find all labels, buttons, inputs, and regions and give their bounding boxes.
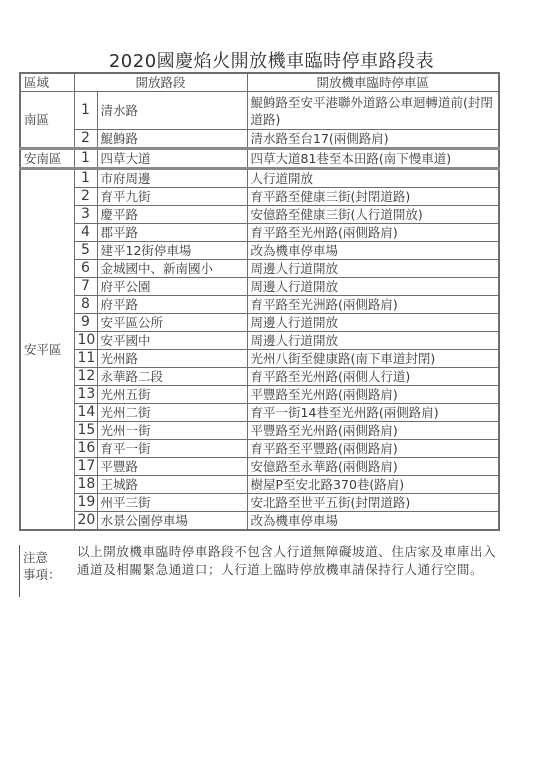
road-section-cell: 育平一街 xyxy=(97,440,247,458)
road-section-cell: 平豐路 xyxy=(97,458,247,476)
parking-area-cell: 光州八街至健康路(南下車道封閉) xyxy=(247,350,499,368)
table-row: 6金城國中、新南國小周邊人行道開放 xyxy=(20,260,499,278)
notes-text: 以上開放機車臨時停車路段不包含人行道無障礙坡道、住店家及車庫出入通道及相關緊急通… xyxy=(77,543,497,579)
table-row: 2育平九街育平路至健康三街(封閉道路) xyxy=(20,188,499,206)
parking-area-cell: 鯤鯓路至安平港聯外道路公車迴轉道前(封閉道路) xyxy=(247,92,499,130)
road-section-cell: 建平12街停車場 xyxy=(97,242,247,260)
parking-area-cell: 人行道開放 xyxy=(247,169,499,188)
parking-area-cell: 育平一街14巷至光州路(兩側路肩) xyxy=(247,404,499,422)
table-row: 15光州一街平豐路至光州路(兩側路肩) xyxy=(20,422,499,440)
road-section-cell: 光州二街 xyxy=(97,404,247,422)
table-header-row: 區域 開放路段 開放機車臨時停車區 xyxy=(20,73,499,92)
road-section-cell: 安平國中 xyxy=(97,332,247,350)
table-row: 13光州五街平豐路至光州路(兩側路肩) xyxy=(20,386,499,404)
row-number: 12 xyxy=(74,368,97,386)
road-section-cell: 州平三街 xyxy=(97,494,247,512)
row-number: 2 xyxy=(74,188,97,206)
table-row: 14光州二街育平一街14巷至光州路(兩側路肩) xyxy=(20,404,499,422)
parking-area-cell: 改為機車停車場 xyxy=(247,512,499,531)
row-number: 13 xyxy=(74,386,97,404)
road-section-cell: 市府周邊 xyxy=(97,169,247,188)
table-row: 4郡平路育平路至光州路(兩側路肩) xyxy=(20,224,499,242)
road-section-cell: 永華路二段 xyxy=(97,368,247,386)
road-section-cell: 光州五街 xyxy=(97,386,247,404)
table-row: 11光州路光州八街至健康路(南下車道封閉) xyxy=(20,350,499,368)
parking-area-cell: 周邊人行道開放 xyxy=(247,278,499,296)
table-row: 南區1清水路鯤鯓路至安平港聯外道路公車迴轉道前(封閉道路) xyxy=(20,92,499,130)
page-title: 2020國慶焰火開放機車臨時停車路段表 xyxy=(0,47,543,73)
table-row: 7府平公園周邊人行道開放 xyxy=(20,278,499,296)
notes-label-line2: 事項： xyxy=(23,566,63,583)
road-section-cell: 水景公園停車場 xyxy=(97,512,247,531)
notes-label-line1: 注意 xyxy=(23,549,63,566)
table-row: 16育平一街育平路至平豐路(兩側路肩) xyxy=(20,440,499,458)
row-number: 8 xyxy=(74,296,97,314)
parking-area-cell: 育平路至健康三街(封閉道路) xyxy=(247,188,499,206)
row-number: 20 xyxy=(74,512,97,531)
table-row: 5建平12街停車場改為機車停車場 xyxy=(20,242,499,260)
row-number: 19 xyxy=(74,494,97,512)
region-cell: 安南區 xyxy=(20,149,74,169)
table-row: 9安平區公所周邊人行道開放 xyxy=(20,314,499,332)
table-row: 8府平路育平路至光洲路(兩側路肩) xyxy=(20,296,499,314)
table-row: 12永華路二段育平路至光州路(兩側人行道) xyxy=(20,368,499,386)
parking-area-cell: 樹屋P至安北路370巷(路肩) xyxy=(247,476,499,494)
notes-section: 注意 事項： 以上開放機車臨時停車路段不包含人行道無障礙坡道、住店家及車庫出入通… xyxy=(19,543,499,613)
table-row: 安平區1市府周邊人行道開放 xyxy=(20,169,499,188)
parking-area-cell: 安北路至世平五街(封閉道路) xyxy=(247,494,499,512)
row-number: 17 xyxy=(74,458,97,476)
road-section-cell: 金城國中、新南國小 xyxy=(97,260,247,278)
notes-divider xyxy=(19,545,20,597)
table-row: 19州平三街安北路至世平五街(封閉道路) xyxy=(20,494,499,512)
parking-area-cell: 育平路至光洲路(兩側路肩) xyxy=(247,296,499,314)
row-number: 10 xyxy=(74,332,97,350)
parking-area-cell: 四草大道81巷至本田路(南下慢車道) xyxy=(247,149,499,169)
road-section-cell: 王城路 xyxy=(97,476,247,494)
row-number: 18 xyxy=(74,476,97,494)
table-row: 安南區1四草大道四草大道81巷至本田路(南下慢車道) xyxy=(20,149,499,169)
parking-area-cell: 安億路至永華路(兩側路肩) xyxy=(247,458,499,476)
row-number: 4 xyxy=(74,224,97,242)
parking-area-cell: 育平路至平豐路(兩側路肩) xyxy=(247,440,499,458)
row-number: 1 xyxy=(74,92,97,130)
road-section-cell: 安平區公所 xyxy=(97,314,247,332)
row-number: 15 xyxy=(74,422,97,440)
table-row: 20水景公園停車場改為機車停車場 xyxy=(20,512,499,531)
road-section-cell: 府平公園 xyxy=(97,278,247,296)
row-number: 1 xyxy=(74,169,97,188)
table-row: 18王城路樹屋P至安北路370巷(路肩) xyxy=(20,476,499,494)
row-number: 1 xyxy=(74,149,97,169)
table-row: 3慶平路安億路至健康三街(人行道開放) xyxy=(20,206,499,224)
header-parking-area: 開放機車臨時停車區 xyxy=(247,73,499,92)
road-section-cell: 府平路 xyxy=(97,296,247,314)
header-road-section: 開放路段 xyxy=(74,73,247,92)
parking-area-cell: 安億路至健康三街(人行道開放) xyxy=(247,206,499,224)
parking-area-cell: 清水路至台17(兩側路肩) xyxy=(247,130,499,149)
parking-area-cell: 育平路至光州路(兩側路肩) xyxy=(247,224,499,242)
row-number: 3 xyxy=(74,206,97,224)
row-number: 2 xyxy=(74,130,97,149)
notes-label: 注意 事項： xyxy=(23,549,63,583)
parking-area-cell: 周邊人行道開放 xyxy=(247,332,499,350)
road-section-cell: 郡平路 xyxy=(97,224,247,242)
table-row: 2鯤鯓路清水路至台17(兩側路肩) xyxy=(20,130,499,149)
parking-area-cell: 平豐路至光州路(兩側路肩) xyxy=(247,422,499,440)
region-cell: 南區 xyxy=(20,92,74,149)
road-section-cell: 鯤鯓路 xyxy=(97,130,247,149)
row-number: 9 xyxy=(74,314,97,332)
road-section-cell: 慶平路 xyxy=(97,206,247,224)
region-cell: 安平區 xyxy=(20,169,74,531)
road-section-cell: 光州路 xyxy=(97,350,247,368)
row-number: 6 xyxy=(74,260,97,278)
parking-area-cell: 改為機車停車場 xyxy=(247,242,499,260)
table-row: 10安平國中周邊人行道開放 xyxy=(20,332,499,350)
row-number: 16 xyxy=(74,440,97,458)
row-number: 11 xyxy=(74,350,97,368)
road-section-cell: 清水路 xyxy=(97,92,247,130)
row-number: 5 xyxy=(74,242,97,260)
row-number: 7 xyxy=(74,278,97,296)
header-region: 區域 xyxy=(20,73,74,92)
parking-area-cell: 周邊人行道開放 xyxy=(247,314,499,332)
road-section-cell: 四草大道 xyxy=(97,149,247,169)
parking-area-cell: 周邊人行道開放 xyxy=(247,260,499,278)
road-section-cell: 育平九街 xyxy=(97,188,247,206)
table-row: 17平豐路安億路至永華路(兩側路肩) xyxy=(20,458,499,476)
parking-area-cell: 育平路至光州路(兩側人行道) xyxy=(247,368,499,386)
parking-road-table: 區域 開放路段 開放機車臨時停車區 南區1清水路鯤鯓路至安平港聯外道路公車迴轉道… xyxy=(19,72,500,531)
parking-area-cell: 平豐路至光州路(兩側路肩) xyxy=(247,386,499,404)
road-section-cell: 光州一街 xyxy=(97,422,247,440)
row-number: 14 xyxy=(74,404,97,422)
